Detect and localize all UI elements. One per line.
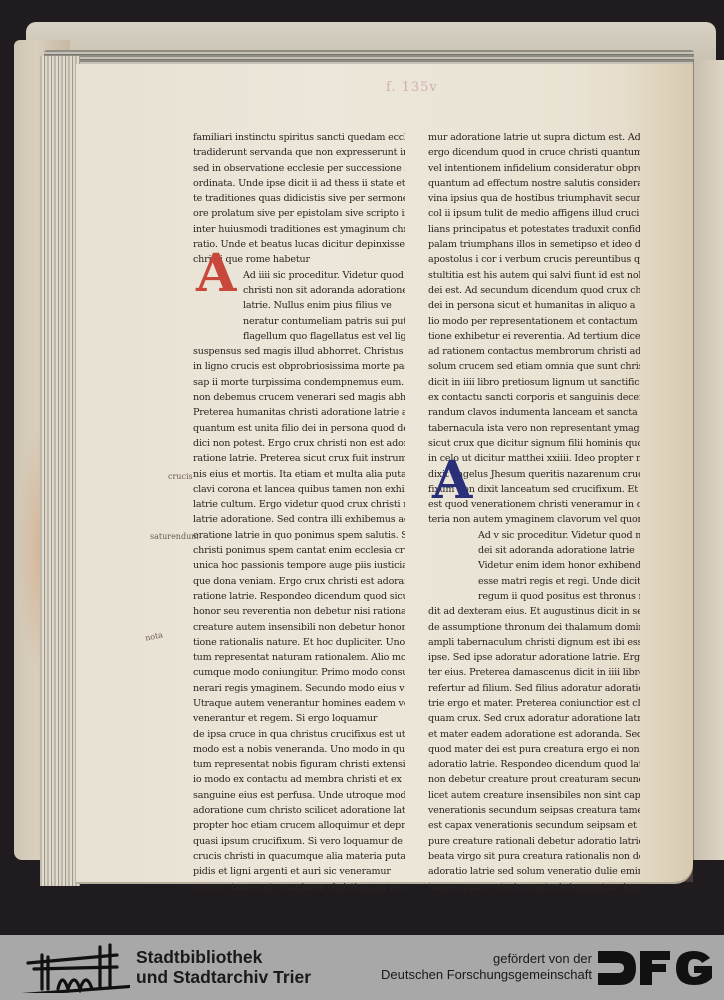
manuscript-line: te traditiones quas didicistis sive per … bbox=[193, 191, 405, 206]
manuscript-line: propter hoc etiam crucem alloquimur et d… bbox=[193, 818, 405, 833]
text-column-b: mur adoratione latrie ut supra dictum es… bbox=[428, 130, 640, 895]
funding-note: gefördert von der Deutschen Forschungsge… bbox=[381, 951, 592, 983]
manuscript-line: ipse. Sed ipse adoratur adoratione latri… bbox=[428, 650, 640, 665]
manuscript-line: flagellum quo flagellatus est vel lignum… bbox=[193, 329, 405, 344]
manuscript-line: dicit in iiii libro pretiosum lignum ut … bbox=[428, 375, 640, 390]
manuscript-line: nerari regis ymaginem. Secundo modo eius… bbox=[193, 681, 405, 696]
manuscript-line: ratione latrie. Respondeo dicendum quod … bbox=[193, 589, 405, 604]
manuscript-line: dei in persona sicut et humanitas in ali… bbox=[428, 298, 640, 313]
manuscript-line: licet autem creature insensibiles non si… bbox=[428, 788, 640, 803]
manuscript-line: sap ii morte turpissima condempnemus eum… bbox=[193, 375, 405, 390]
manuscript-line: Preterea humanitas christi adoratione la… bbox=[193, 405, 405, 420]
manuscript-line: familiari instinctu spiritus sancti qued… bbox=[193, 130, 405, 145]
manuscript-line: tum representat nobis figuram christi ex… bbox=[193, 757, 405, 772]
manuscript-line: ampli tabernaculum christi dignum est ib… bbox=[428, 635, 640, 650]
library-name: Stadtbibliothek und Stadtarchiv Trier bbox=[136, 947, 311, 987]
manuscript-line: ad rationem contactus membrorum christi … bbox=[428, 344, 640, 359]
manuscript-line: esse matri regis et regi. Unde dicitur i… bbox=[428, 574, 640, 589]
manuscript-line: clavi corona et lancea quibus tamen non … bbox=[193, 482, 405, 497]
manuscript-line: io modo ex contactu ad membra christi et… bbox=[193, 772, 405, 787]
manuscript-line: et mater eadem adoratione est adoranda. … bbox=[428, 727, 640, 742]
marginal-note: crucis bbox=[168, 472, 193, 481]
manuscript-line: pure creature rationali debetur adoratio… bbox=[428, 834, 640, 849]
manuscript-line: Utraque autem venerantur homines eadem v… bbox=[193, 696, 405, 711]
dfg-logo-icon bbox=[598, 951, 714, 985]
manuscript-line: tum representat naturam rationalem. Alio… bbox=[193, 650, 405, 665]
manuscript-line: randum clavos indumenta lanceam et sanct… bbox=[428, 405, 640, 420]
manuscript-line: ter eius. Preterea damascenus dicit in i… bbox=[428, 665, 640, 680]
manuscript-line: Videtur enim idem honor exhibendus bbox=[428, 558, 640, 573]
manuscript-line: que dona veniam. Ergo crux christi est a… bbox=[193, 574, 405, 589]
manuscript-line: latrie adoratione. Sed contra illi exhib… bbox=[193, 512, 405, 527]
manuscript-line: modo est a nobis veneranda. Uno modo in … bbox=[193, 742, 405, 757]
manuscript-line: venerantur et regem. Si ergo loquamur bbox=[193, 711, 405, 726]
manuscript-line: col ii ipsum tulit de medio affigens ill… bbox=[428, 206, 640, 221]
manuscript-line: non debetur creature prout creaturam sec… bbox=[428, 772, 640, 787]
manuscript-line: adoratio latrie sed solum veneratio duli… bbox=[428, 864, 640, 879]
manuscript-line: honor seu reverentia non debetur nisi ra… bbox=[193, 604, 405, 619]
marginal-note: saturendum bbox=[150, 532, 199, 541]
manuscript-line: ordinata. Unde ipse dicit ii ad thess ii… bbox=[193, 176, 405, 191]
manuscript-line: dei est. Ad secundum dicendum quod crux … bbox=[428, 283, 640, 298]
manuscript-line: refertur ad filium. Sed filius adoratur … bbox=[428, 681, 640, 696]
manuscript-line: sed in observatione ecclesie per success… bbox=[193, 161, 405, 176]
manuscript-line: inter huiusmodi traditiones est ymaginum… bbox=[193, 222, 405, 237]
manuscript-line: nis eius et mortis. Ita etiam et multa a… bbox=[193, 467, 405, 482]
manuscript-line: de ipsa cruce in qua christus crucifixus… bbox=[193, 727, 405, 742]
manuscript-line: trie ergo et mater. Preterea coniunctior… bbox=[428, 696, 640, 711]
manuscript-line: quantum est unita filio dei in persona q… bbox=[193, 421, 405, 436]
page-edges-left bbox=[40, 56, 80, 886]
facing-leaf-edge bbox=[693, 60, 724, 860]
manuscript-line: de assumptione thronum dei thalamum domi… bbox=[428, 620, 640, 635]
manuscript-line: tione exhibetur ei reverentia. Ad tertiu… bbox=[428, 329, 640, 344]
footer-banner: Stadtbibliothek und Stadtarchiv Trier ge… bbox=[0, 935, 724, 1000]
manuscript-line: ratione latrie. Preterea sicut crux fuit… bbox=[193, 451, 405, 466]
manuscript-line: est capax venerationis secundum seipsam … bbox=[428, 818, 640, 833]
manuscript-line: suspensus sed magis illud abhorret. Chri… bbox=[193, 344, 405, 359]
manuscript-line: ex contactu sancti corporis et sanguinis… bbox=[428, 390, 640, 405]
manuscript-line: dit ad dexteram eius. Et augustinus dici… bbox=[428, 604, 640, 619]
manuscript-line: pidis et ligni argenti et auri sic vener… bbox=[193, 864, 405, 879]
manuscript-line: adoratione cum christo scilicet adoratio… bbox=[193, 803, 405, 818]
manuscript-line: unica hoc passionis tempore auge piis iu… bbox=[193, 558, 405, 573]
stadtbibliothek-trier-logo-icon bbox=[12, 941, 130, 993]
manuscript-line: oratione latrie in quo ponimus spem salu… bbox=[193, 528, 405, 543]
manuscript-line: latrie cultum. Ergo videtur quod crux ch… bbox=[193, 497, 405, 512]
manuscript-line: Ad v sic proceditur. Videtur quod mater bbox=[428, 528, 640, 543]
manuscript-line: crucem tamen ut ymaginem christi quam ve… bbox=[193, 880, 405, 895]
manuscript-line: dici non potest. Ergo crux christi non e… bbox=[193, 436, 405, 451]
manuscript-line: crucis christi in quacumque alia materia… bbox=[193, 849, 405, 864]
folio-number: f. 135v bbox=[386, 80, 438, 95]
manuscript-line: mur adoratione latrie ut supra dictum es… bbox=[428, 130, 640, 145]
manuscript-line: adoratio latrie. Respondeo dicendum quod… bbox=[428, 757, 640, 772]
manuscript-line: creature autem insensibili non debetur h… bbox=[193, 620, 405, 635]
manuscript-line: venerationis secundum seipsas creatura t… bbox=[428, 803, 640, 818]
manuscript-line: regum ii quod positus est thronus matri … bbox=[428, 589, 640, 604]
manuscript-line: vel intentionem infidelium consideratur … bbox=[428, 161, 640, 176]
library-name-line2: und Stadtarchiv Trier bbox=[136, 967, 311, 987]
manuscript-line: non debemus crucem venerari sed magis ab… bbox=[193, 390, 405, 405]
manuscript-line: stultitia est his autem qui salvi fiunt … bbox=[428, 268, 640, 283]
manuscript-line: ore prolatum sive per epistolam sive scr… bbox=[193, 206, 405, 221]
manuscript-line: sanguine eius est perfusa. Unde utroque … bbox=[193, 788, 405, 803]
funding-line1: gefördert von der bbox=[381, 951, 592, 967]
manuscript-line: ergo dicendum quod in cruce christi quan… bbox=[428, 145, 640, 160]
manuscript-line: solum crucem sed etiam omnia que sunt ch… bbox=[428, 359, 640, 374]
manuscript-line: tione rationalis nature. Et hoc duplicit… bbox=[193, 635, 405, 650]
manuscript-line: beata virgo sit pura creatura rationalis… bbox=[428, 849, 640, 864]
manuscript-line: sicut crux que dicitur signum filii homi… bbox=[428, 436, 640, 451]
manuscript-line: christi ponimus spem cantat enim ecclesi… bbox=[193, 543, 405, 558]
manuscript-line: lians principatus et potestates traduxit… bbox=[428, 222, 640, 237]
manuscript-line: quod mater dei est pura creatura ergo ei… bbox=[428, 742, 640, 757]
manuscript-line: apostolus i cor i verbum crucis pereunti… bbox=[428, 252, 640, 267]
manuscript-line: neratur contumeliam patris sui puta bbox=[193, 314, 405, 329]
library-name-line1: Stadtbibliothek bbox=[136, 947, 311, 967]
manuscript-line: cumque modo coniungitur. Primo modo cons… bbox=[193, 665, 405, 680]
manuscript-line: in ligno crucis est obprobriosissima mor… bbox=[193, 359, 405, 374]
funding-line2: Deutschen Forschungsgemeinschaft bbox=[381, 967, 592, 983]
manuscript-line: tamen quam ceteris creaturis inquantum i… bbox=[428, 880, 640, 895]
manuscript-line: tradiderunt servanda que non expresserun… bbox=[193, 145, 405, 160]
manuscript-line: tabernacula ista vero non representant y… bbox=[428, 421, 640, 436]
manuscript-line: vina ipsius qua de hostibus triumphavit … bbox=[428, 191, 640, 206]
manuscript-line: quasi ipsum crucifixum. Si vero loquamur… bbox=[193, 834, 405, 849]
manuscript-line: dei sit adoranda adoratione latrie bbox=[428, 543, 640, 558]
manuscript-scan: f. 135v familiari instinctu spiritus san… bbox=[0, 0, 724, 935]
manuscript-line: teria non autem ymaginem clavorum vel qu… bbox=[428, 512, 640, 527]
decorated-initial-blue: A bbox=[432, 455, 472, 507]
manuscript-line: palam triumphans illos in semetipso et i… bbox=[428, 237, 640, 252]
decorated-initial-red: A bbox=[196, 248, 236, 300]
manuscript-line: quantum ad effectum nostre salutis consi… bbox=[428, 176, 640, 191]
manuscript-line: quam crux. Sed crux adoratur adoratione … bbox=[428, 711, 640, 726]
manuscript-line: lio modo per representationem et contact… bbox=[428, 314, 640, 329]
